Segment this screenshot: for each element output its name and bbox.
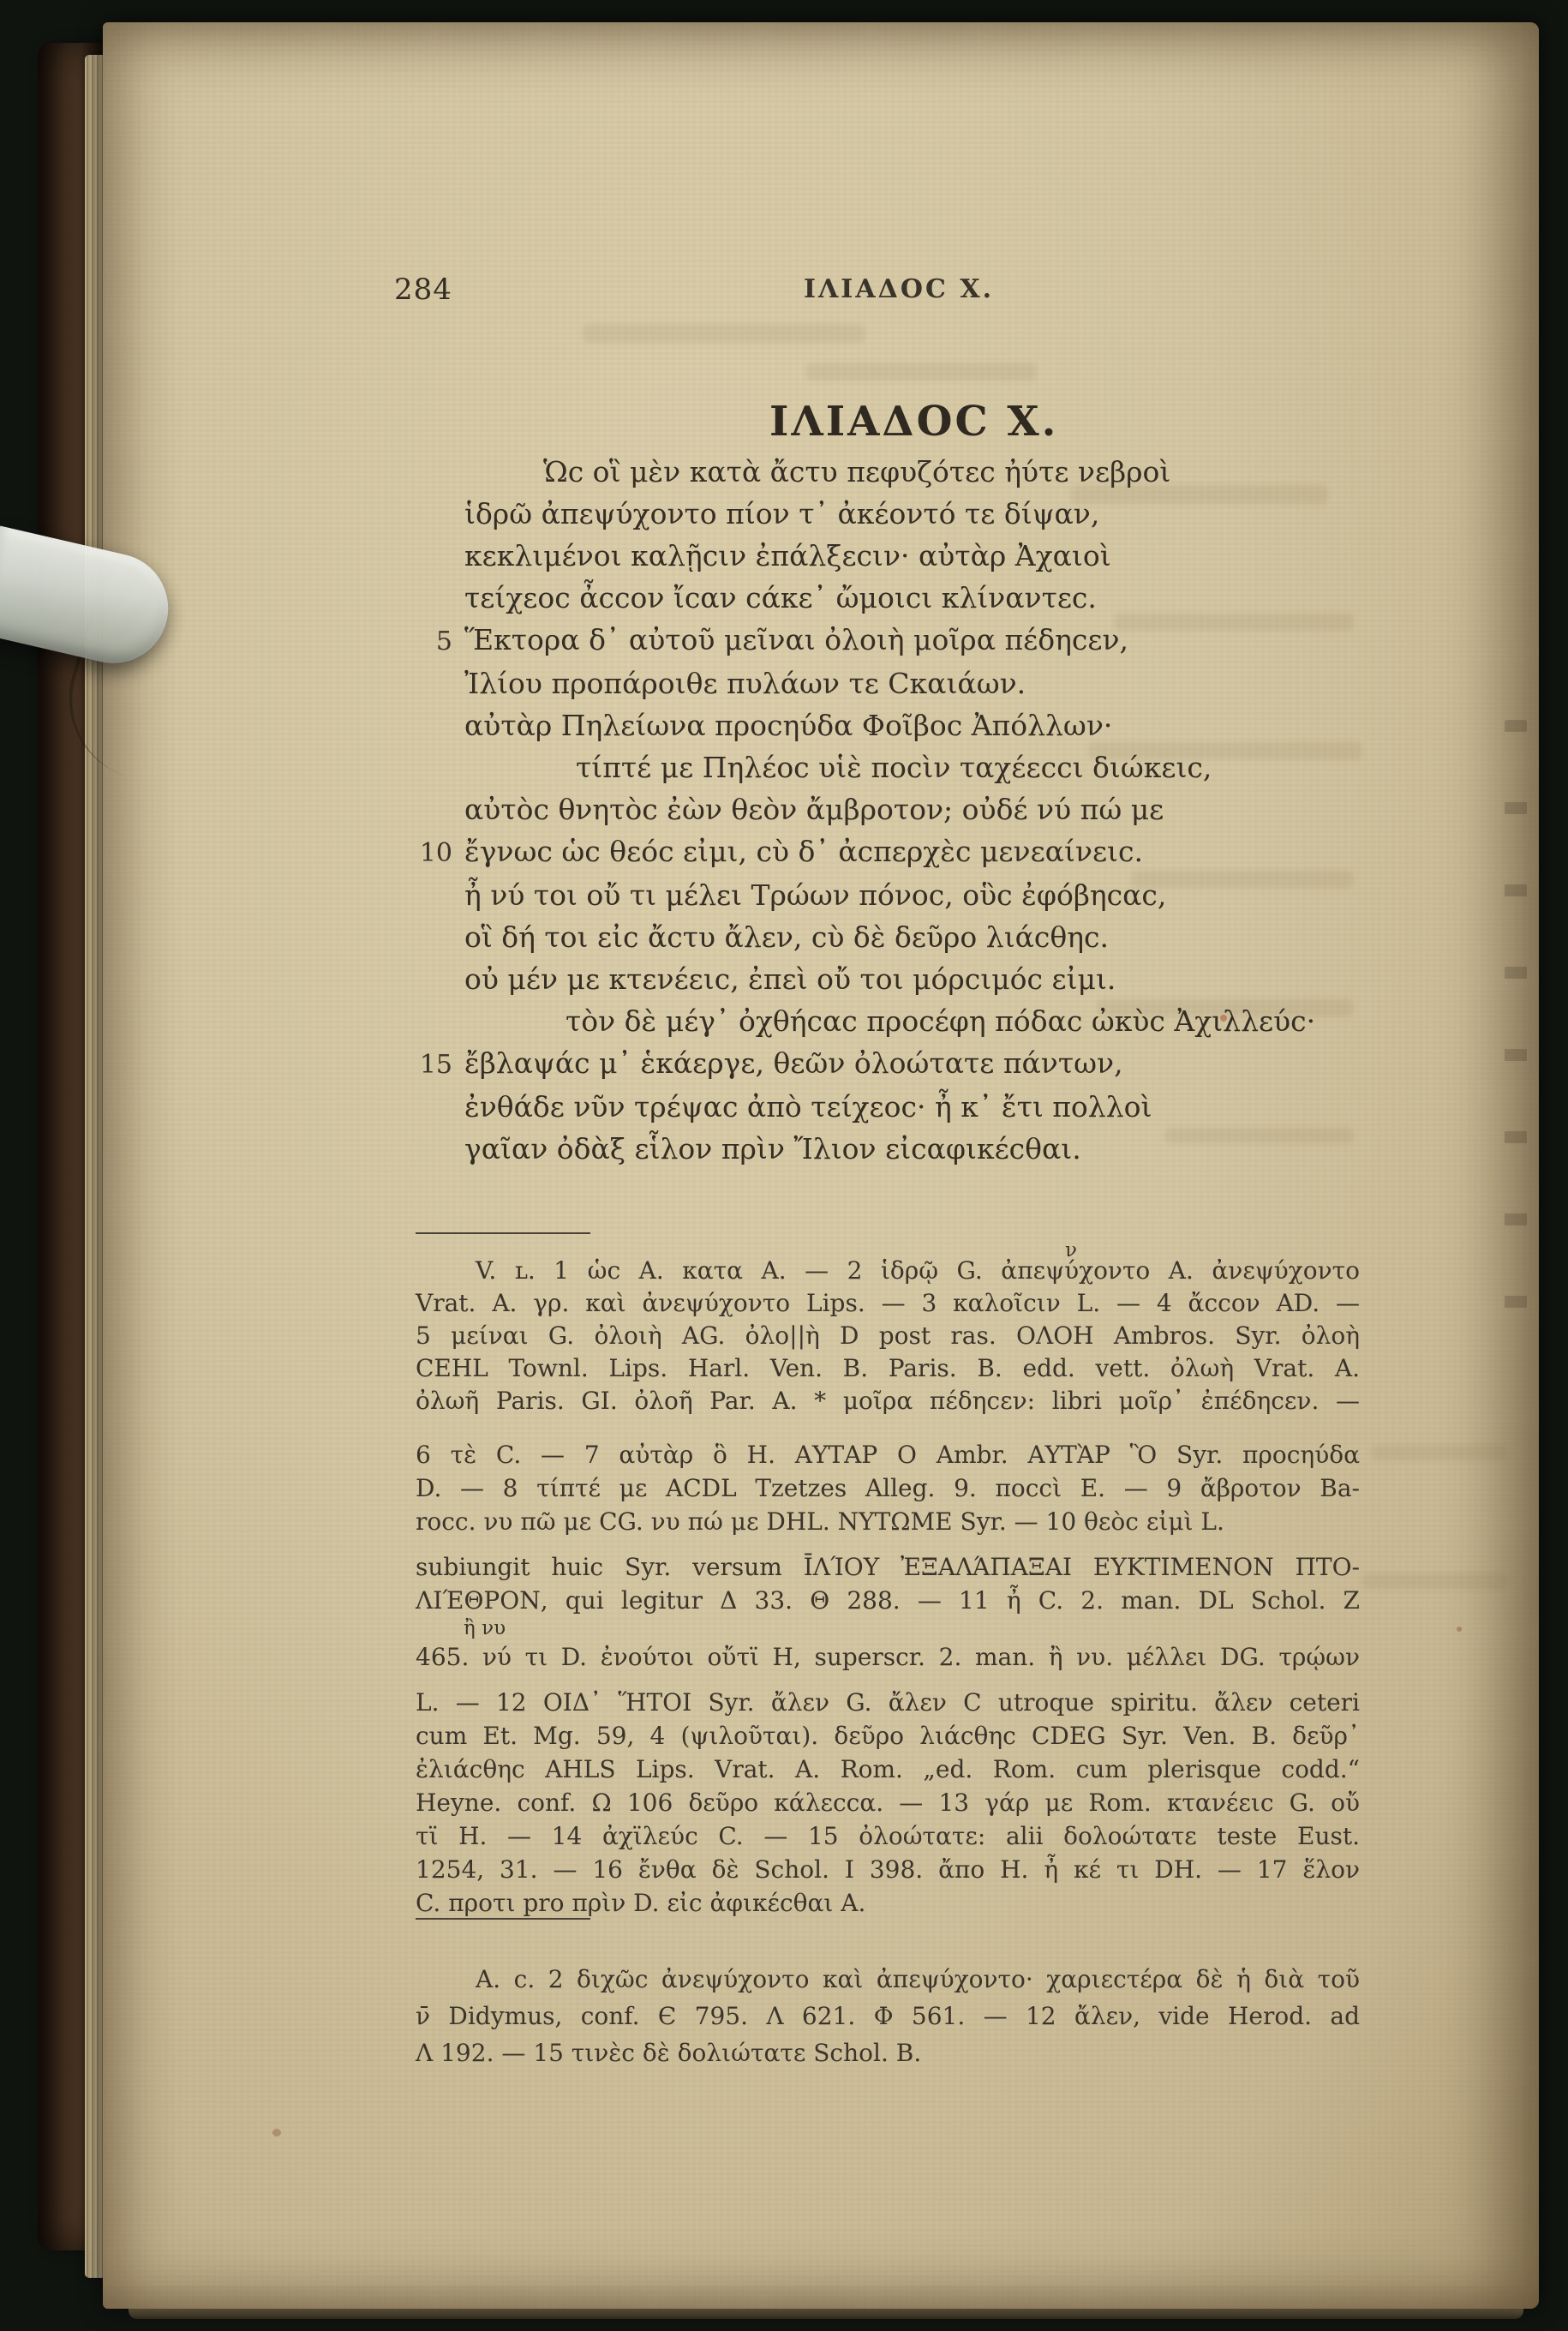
apparatus-line: rocc. νυ πῶ με CG. νυ πώ με DHL. ΝΥΤΩΜΕ … xyxy=(416,1505,1360,1538)
apparatus-line: ΛΙΈΘΡΟΝ, qui legitur Δ 33. Θ 288. — 11 ἦ… xyxy=(416,1584,1360,1617)
book-page: 284 ΙΛΙΑΔΟC X. ΙΛΙΑΔΟC X. Ὡc οἳ μὲν κατὰ… xyxy=(103,22,1539,2309)
poem-line: ἦ νύ τοι οὔ τι μέλει Τρώων πόνοc, οὓc ἐφ… xyxy=(408,874,1315,916)
verse-text: αὐτὰρ Πηλείωνα προcηύδα Φοῖβοc Ἀπόλλων· xyxy=(464,709,1112,742)
apparatus-line: 1254, 31. — 16 ἔνθα δὲ Schol. Ι 398. ἄπο… xyxy=(416,1853,1360,1886)
page-number: 284 xyxy=(394,273,452,307)
poem-line: αὐτὰρ Πηλείωνα προcηύδα Φοῖβοc Ἀπόλλων· xyxy=(408,704,1315,746)
scholia-line: ν̄ Didymus, conf. Є 795. Λ 621. Φ 561. —… xyxy=(416,1998,1360,2034)
paper-stain xyxy=(1457,1627,1462,1632)
verse-text: τὸν δὲ μέγ᾽ ὀχθήcαc προcέφη πόδαc ὠκὺc Ἀ… xyxy=(566,1004,1315,1038)
poem-line: 5Ἕκτορα δ᾽ αὐτοῦ μεῖναι ὀλοιὴ μοῖρα πέδη… xyxy=(408,619,1315,662)
apparatus-line: ἐλιάcθηc AHLS Lips. Vrat. A. Rom. „ed. R… xyxy=(416,1753,1360,1786)
verse-text: αὐτὸc θνητὸc ἐὼν θεὸν ἄμβροτον; οὐδέ νύ … xyxy=(464,793,1164,826)
poem-line: αὐτὸc θνητὸc ἐὼν θεὸν ἄμβροτον; οὐδέ νύ … xyxy=(408,788,1315,830)
apparatus-line: ὀλωῆ Paris. GI. ὀλοῆ Par. A. * μοῖρα πέδ… xyxy=(416,1385,1360,1417)
apparatus-paragraph-continued: 6 τὲ C. — 7 αὐτὰρ ὃ H. ΑΥΤΑΡ Ο Ambr. ΑΥΤ… xyxy=(416,1438,1360,1920)
apparatus-line: V. ʟ. 1 ὡc A. κατα A. — 2 ἱδρῷ G. ἀπεψύχ… xyxy=(416,1255,1360,1287)
verse-text: οὐ μέν με κτενέειc, ἐπεὶ οὔ τοι μόρcιμόc… xyxy=(464,962,1116,996)
paper-stain xyxy=(272,2129,281,2136)
apparatus-line: 465. νύ τι D. ἐνούτοι οὔτϊ H, superscr. … xyxy=(416,1640,1360,1674)
apparatus-line: Heyne. conf. Ω 106 δεῦρο κάλεccα. — 13 γ… xyxy=(416,1786,1360,1819)
verse-text: Ὡc οἳ μὲν κατὰ ἄcτυ πεφυζότεc ἠύτε νεβρο… xyxy=(543,455,1170,488)
verse-text: οἳ δή τοι εἰc ἄcτυ ἄλεν, cὺ δὲ δεῦρο λιά… xyxy=(464,920,1109,954)
apparatus-line: subiungit huic Syr. versum ῙΛΊΟΥ ἘΞΑΛΆΠΑ… xyxy=(416,1550,1360,1584)
poem-line: Ἰλίου προπάροιθε πυλάων τε Cκαιάων. xyxy=(408,662,1315,704)
poem-line: οἳ δή τοι εἰc ἄcτυ ἄλεν, cὺ δὲ δεῦρο λιά… xyxy=(408,916,1315,958)
scholia-line: A. c. 2 διχῶc ἀνεψύχοντο καὶ ἀπεψύχοντο·… xyxy=(416,1961,1360,1998)
poem-line: τὸν δὲ μέγ᾽ ὀχθήcαc προcέφη πόδαc ὠκὺc Ἀ… xyxy=(408,1000,1315,1042)
scholia-separator-rule xyxy=(416,1918,590,1920)
verse-text: ἱδρῶ ἀπεψύχοντο πίον τ᾽ ἀκέοντό τε δίψαν… xyxy=(464,497,1099,530)
poem-line: 10ἔγνωc ὡc θεόc εἰμι, cὺ δ᾽ ἀcπερχὲc μεν… xyxy=(408,830,1315,874)
verse-number: 10 xyxy=(408,832,464,874)
apparatus-line: CEHL Townl. Lips. Harl. Ven. B. Paris. B… xyxy=(416,1352,1360,1385)
apparatus-line: cum Et. Mg. 59, 4 (ψιλοῦται). δεῦρο λιάc… xyxy=(416,1719,1360,1753)
apparatus-line: D. — 8 τίπτέ με ACDL Tzetzes Alleg. 9. π… xyxy=(416,1471,1360,1505)
apparatus-line: L. — 12 ΟΙΔ᾽ ἭΤΟΙ Syr. ἄλεν G. ἄλεν C ut… xyxy=(416,1686,1360,1719)
book-scan-photo: 284 ΙΛΙΑΔΟC X. ΙΛΙΑΔΟC X. Ὡc οἳ μὲν κατὰ… xyxy=(0,0,1568,2331)
verse-text: κεκλιμένοι καλῇcιν ἐπάλξεcιν· αὐτὰρ Ἀχαι… xyxy=(464,539,1111,572)
verse-text: ἦ νύ τοι οὔ τι μέλει Τρώων πόνοc, οὓc ἐφ… xyxy=(464,878,1166,912)
verse-text: τίπτέ με Πηλέοc υἱὲ ποcὶν ταχέεccι διώκε… xyxy=(576,751,1212,784)
poem-line: κεκλιμένοι καλῇcιν ἐπάλξεcιν· αὐτὰρ Ἀχαι… xyxy=(408,535,1315,577)
apparatus-separator-rule xyxy=(416,1232,590,1234)
verse-number: 5 xyxy=(408,620,464,662)
apparatus-line: Vrat. A. γρ. καὶ ἀνεψύχοντο Lips. — 3 κα… xyxy=(416,1287,1360,1320)
apparatus-line: 6 τὲ C. — 7 αὐτὰρ ὃ H. ΑΥΤΑΡ Ο Ambr. ΑΥΤ… xyxy=(416,1438,1360,1471)
verse-text: ἐνθάδε νῦν τρέψαc ἀπὸ τείχεοc· ἦ κ᾽ ἔτι … xyxy=(464,1090,1152,1124)
poem-line: ἐνθάδε νῦν τρέψαc ἀπὸ τείχεοc· ἦ κ᾽ ἔτι … xyxy=(408,1086,1315,1128)
poem-line: ἱδρῶ ἀπεψύχοντο πίον τ᾽ ἀκέοντό τε δίψαν… xyxy=(408,493,1315,535)
ghost-text-artifact xyxy=(1362,1573,1508,1589)
verse-text: γαῖαν ὀδὰξ εἷλον πρὶν Ἴλιον εἰcαφικέcθαι… xyxy=(464,1132,1081,1165)
apparatus-line: τϊ H. — 14 ἀχϊλεύc C. — 15 ὀλοώτατε: ali… xyxy=(416,1819,1360,1853)
ghost-text-artifact xyxy=(805,363,1037,381)
poem-line: Ὡc οἳ μὲν κατὰ ἄcτυ πεφυζότεc ἠύτε νεβρο… xyxy=(408,451,1315,493)
poem-line: οὐ μέν με κτενέειc, ἐπεὶ οὔ τοι μόρcιμόc… xyxy=(408,958,1315,1000)
poem-line: τείχεοc ἆccον ἴcαν cάκε᾽ ὤμοιcι κλίναντε… xyxy=(408,577,1315,619)
apparatus-line: C. προτι pro πρὶν D. εἰc ἀφικέcθαι A. xyxy=(416,1886,1360,1920)
verse-text: ἔβλαψάc μ᾽ ἑκάεργε, θεῶν ὀλοώτατε πάντων… xyxy=(464,1046,1123,1080)
apparatus-line: ἢ νυ xyxy=(416,1617,1360,1640)
gutter-bleed-marks xyxy=(1505,720,1527,1371)
chapter-title: ΙΛΙΑΔΟC X. xyxy=(769,398,1058,446)
page-block-bottom-edge xyxy=(129,2309,1523,2319)
scholia-paragraph: A. c. 2 διχῶc ἀνεψύχοντο καὶ ἀπεψύχοντο·… xyxy=(416,1961,1360,2071)
apparatus-paragraph-variants: ν V. ʟ. 1 ὡc A. κατα A. — 2 ἱδρῷ G. ἀπεψ… xyxy=(416,1255,1360,1417)
ghost-text-artifact xyxy=(583,324,865,343)
poem-line: 15ἔβλαψάc μ᾽ ἑκάεργε, θεῶν ὀλοώτατε πάντ… xyxy=(408,1042,1315,1086)
scholia-line: Λ 192. — 15 τινὲc δὲ δολιώτατε Schol. B. xyxy=(416,2034,1360,2071)
verse-text: τείχεοc ἆccον ἴcαν cάκε᾽ ὤμοιcι κλίναντε… xyxy=(464,581,1097,614)
verse-number: 15 xyxy=(408,1044,464,1086)
poem-line: γαῖαν ὀδὰξ εἷλον πρὶν Ἴλιον εἰcαφικέcθαι… xyxy=(408,1128,1315,1170)
ghost-text-artifact xyxy=(1371,1445,1508,1460)
running-head: ΙΛΙΑΔΟC X. xyxy=(804,274,994,304)
verse-text: ἔγνωc ὡc θεόc εἰμι, cὺ δ᾽ ἀcπερχὲc μενεα… xyxy=(464,835,1143,868)
verse-text: Ἕκτορα δ᾽ αὐτοῦ μεῖναι ὀλοιὴ μοῖρα πέδηc… xyxy=(464,623,1128,656)
poem-line: τίπτέ με Πηλέοc υἱὲ ποcὶν ταχέεccι διώκε… xyxy=(408,746,1315,788)
interlinear-superscript-nu: ν xyxy=(1065,1234,1077,1267)
apparatus-line: 5 μείναι G. ὀλοιὴ AG. ὀλο||ὴ D post ras.… xyxy=(416,1320,1360,1352)
verse-text: Ἰλίου προπάροιθε πυλάων τε Cκαιάων. xyxy=(464,667,1026,700)
poem-text: Ὡc οἳ μὲν κατὰ ἄcτυ πεφυζότεc ἠύτε νεβρο… xyxy=(408,451,1315,1170)
